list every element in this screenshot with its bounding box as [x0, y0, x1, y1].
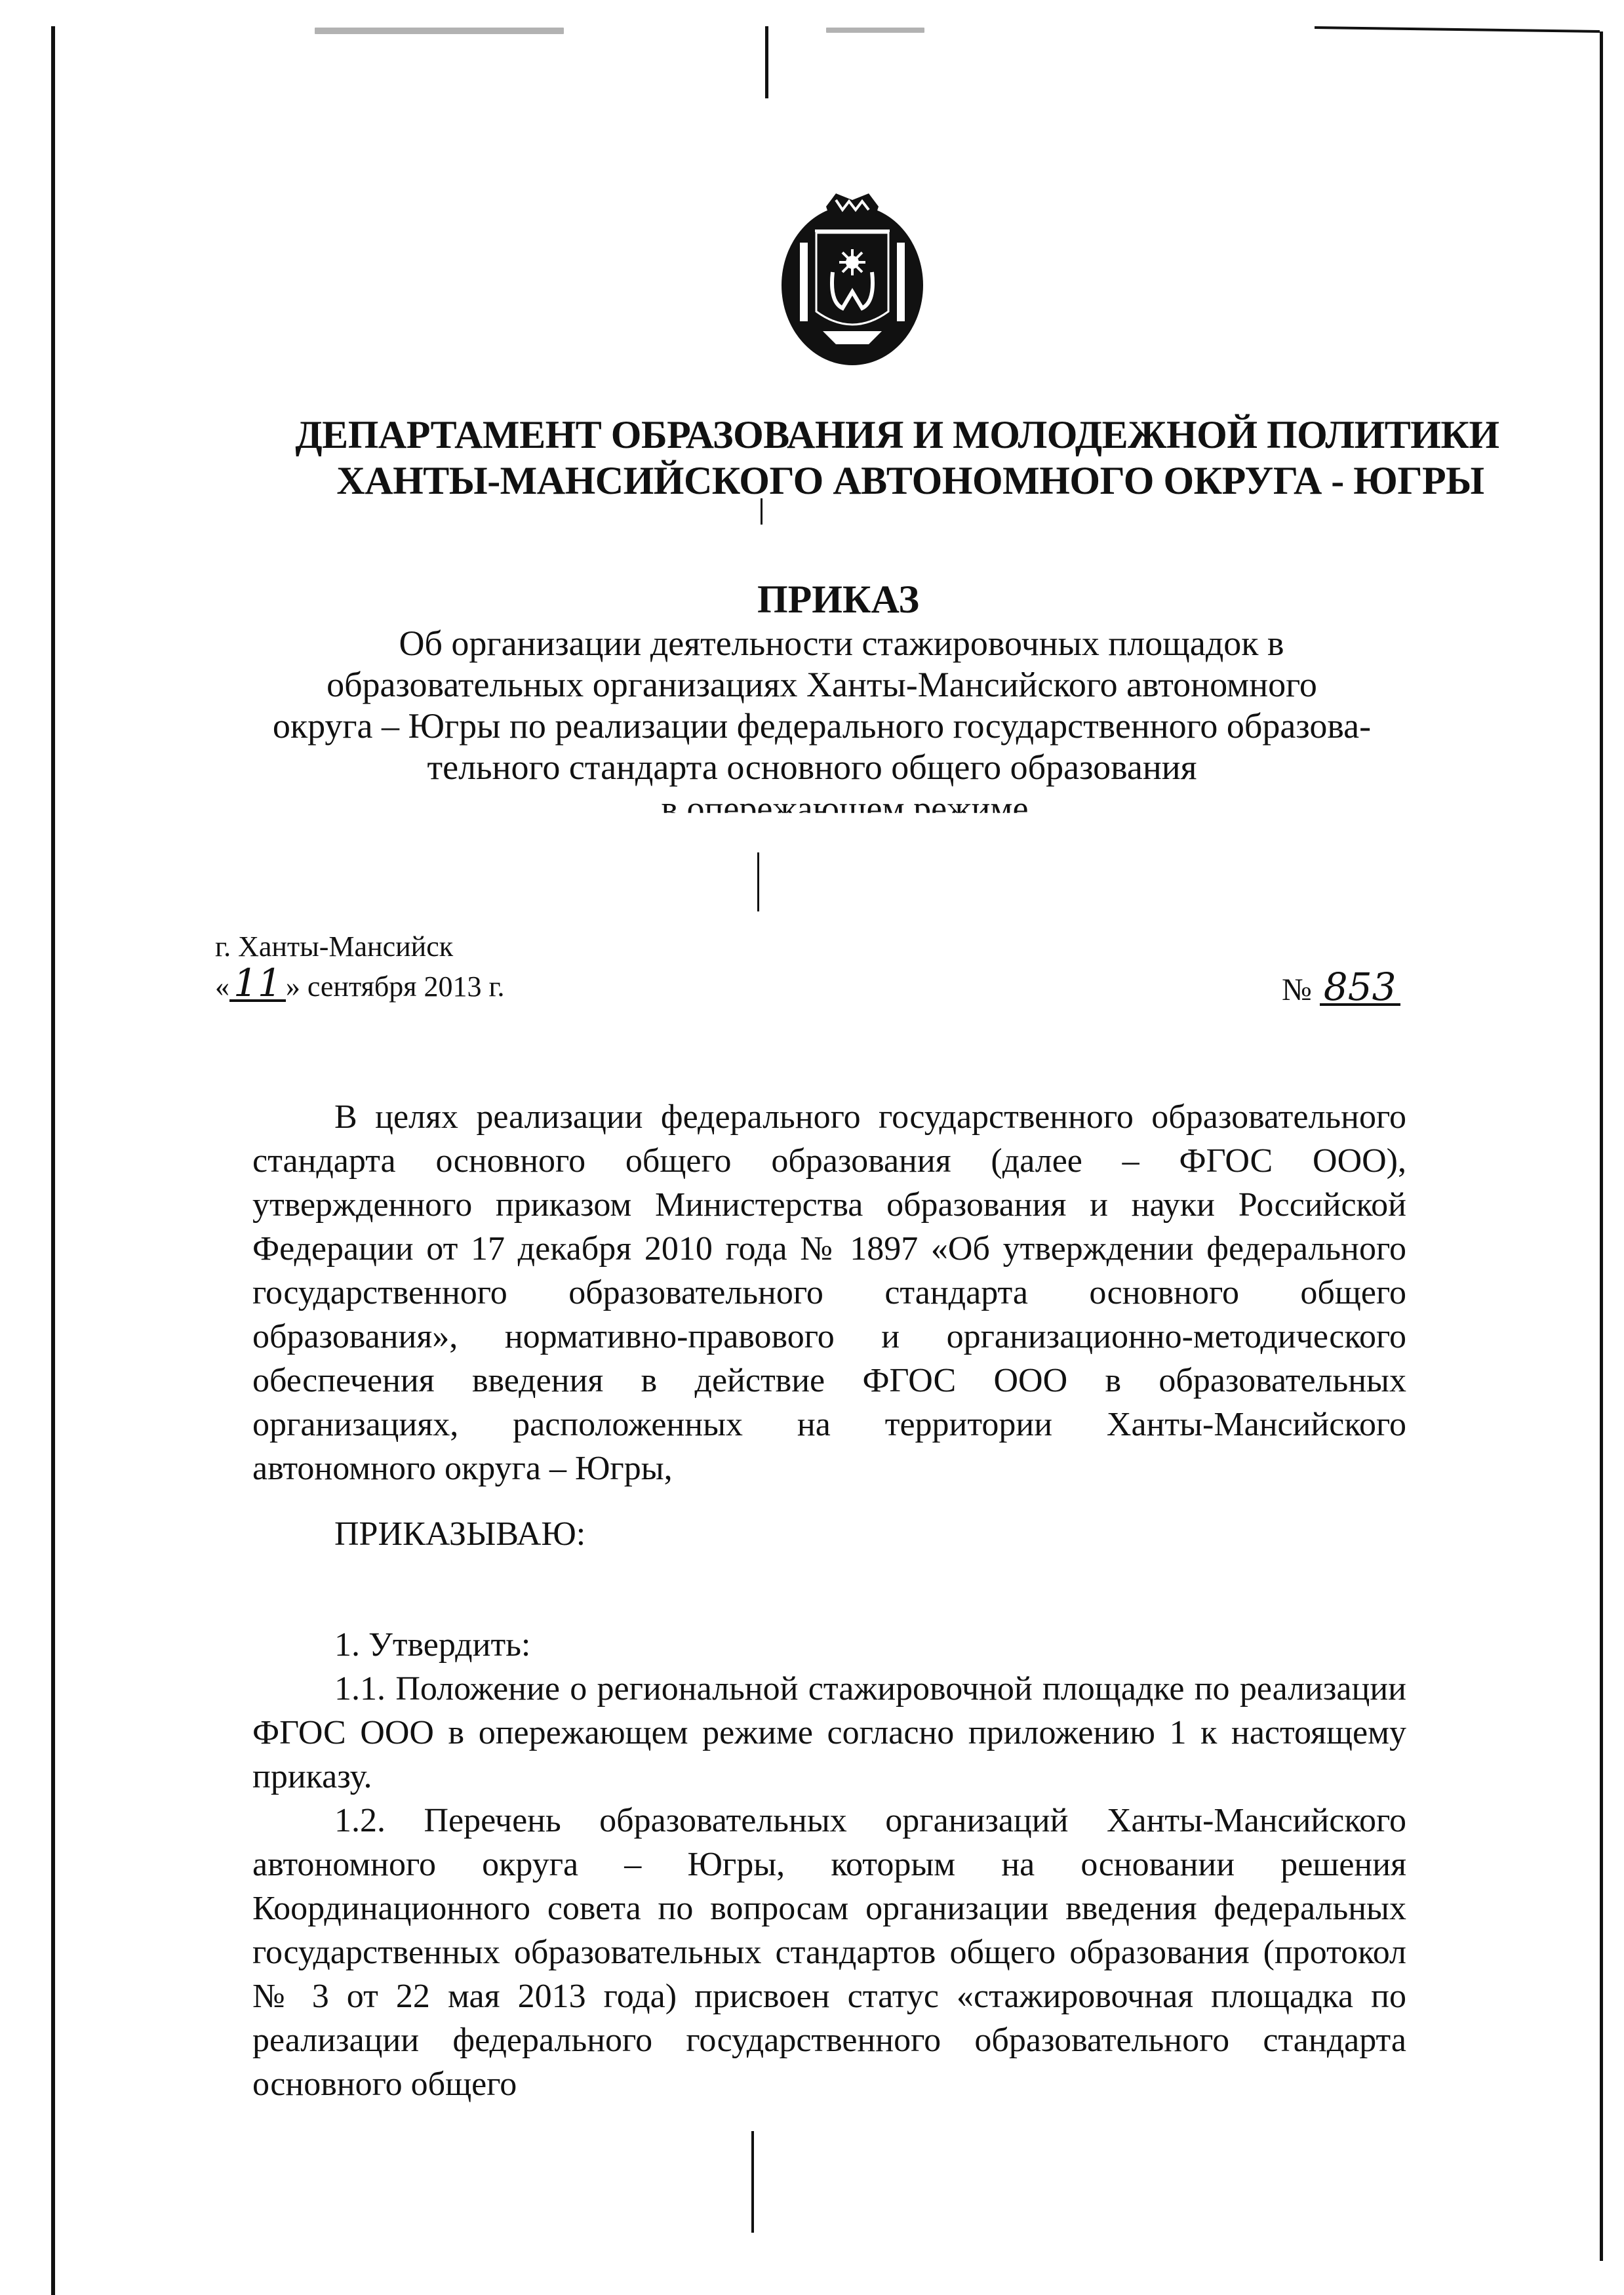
issue-city: г. Ханты-Мансийск — [215, 930, 453, 964]
subject-line-5: в опережающем режиме — [0, 788, 1624, 829]
scan-border-top-right — [1315, 26, 1600, 33]
scan-border-left — [51, 26, 55, 2295]
scan-noise-top — [315, 28, 564, 34]
order-items: 1. Утвердить: 1.1. Положение о региональ… — [252, 1623, 1406, 2106]
subject-line-4: тельного стандарта основного общего обра… — [0, 747, 1624, 788]
scan-fold-mid2 — [757, 852, 759, 911]
coat-of-arms-emblem-icon — [777, 180, 928, 370]
order-item-1: 1. Утвердить: — [252, 1623, 1406, 1667]
issue-date: «11» сентября 2013 г. — [215, 967, 505, 1004]
handwritten-day: 11 — [229, 967, 286, 1002]
handwritten-number: 853 — [1320, 970, 1400, 1006]
department-line-1: ДЕПАРТАМЕНТ ОБРАЗОВАНИЯ И МОЛОДЕЖНОЙ ПОЛ… — [0, 412, 1624, 458]
date-close-quote: » — [286, 970, 300, 1003]
order-item-1-2: 1.2. Перечень образовательных организаци… — [252, 1799, 1406, 2106]
department-line-2: ХАНТЫ-МАНСИЙСКОГО АВТОНОМНОГО ОКРУГА - Ю… — [0, 458, 1624, 504]
preamble: В целях реализации федерального государс… — [252, 1095, 1406, 1490]
order-directive: ПРИКАЗЫВАЮ: — [334, 1515, 585, 1553]
number-label: № — [1282, 972, 1312, 1007]
scan-fold-top — [765, 26, 768, 98]
order-subject: Об организации деятельности стажировочны… — [0, 623, 1624, 829]
department-header: ДЕПАРТАМЕНТ ОБРАЗОВАНИЯ И МОЛОДЕЖНОЙ ПОЛ… — [0, 412, 1624, 504]
preamble-text: В целях реализации федерального государс… — [252, 1095, 1406, 1490]
scan-fold-bottom — [751, 2131, 754, 2233]
document-type-title: ПРИКАЗ — [0, 577, 1624, 622]
subject-line-2: образовательных организациях Ханты-Манси… — [0, 664, 1624, 706]
date-month-year: сентября 2013 г. — [300, 970, 505, 1003]
subject-line-1: Об организации деятельности стажировочны… — [0, 623, 1624, 664]
order-number: № 853 — [1282, 970, 1400, 1008]
scan-border-right — [1600, 31, 1603, 2261]
scan-noise-top2 — [826, 28, 924, 33]
date-open-quote: « — [215, 970, 229, 1003]
order-item-1-1: 1.1. Положение о региональной стажировоч… — [252, 1667, 1406, 1799]
subject-line-3: округа – Югры по реализации федерального… — [0, 706, 1624, 747]
